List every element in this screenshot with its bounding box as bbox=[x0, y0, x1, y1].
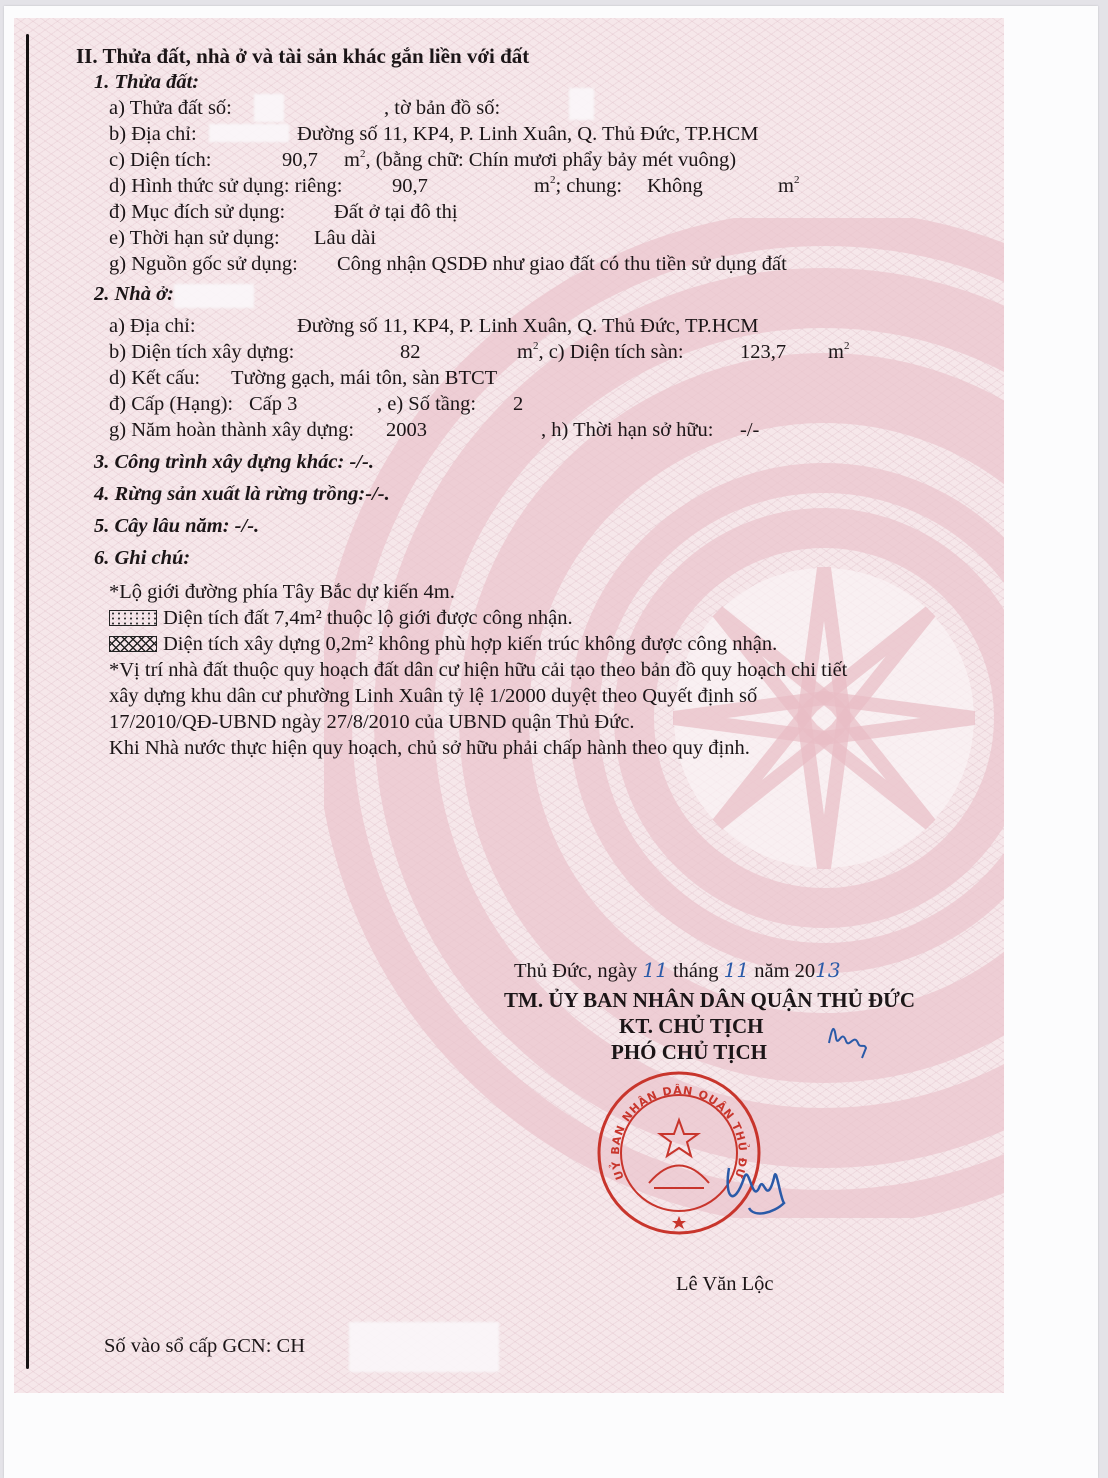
redacted-parcel-number bbox=[254, 94, 284, 122]
handwritten-day: 11 bbox=[642, 958, 667, 982]
planted-forest: 4. Rừng sản xuất là rừng trồng:-/-. bbox=[94, 482, 390, 508]
note-dotted-area: Diện tích đất 7,4m² thuộc lộ giới được c… bbox=[109, 606, 573, 632]
note-planning-2: xây dựng khu dân cư phường Linh Xuân tỷ … bbox=[109, 684, 757, 710]
origin-label: g) Nguồn gốc sử dụng: bbox=[109, 252, 298, 278]
land-heading: 1. Thửa đất: bbox=[94, 70, 199, 96]
perennial-trees: 5. Cây lâu năm: -/-. bbox=[94, 514, 259, 540]
other-construction: 3. Công trình xây dựng khác: -/-. bbox=[94, 450, 374, 476]
usage-shared-unit: m2 bbox=[778, 174, 799, 200]
redacted-registry-number bbox=[349, 1322, 499, 1372]
usage-private-value: 90,7 bbox=[392, 174, 428, 200]
handwritten-year: 13 bbox=[815, 958, 840, 982]
house-address-value: Đường số 11, KP4, P. Linh Xuân, Q. Thủ Đ… bbox=[297, 314, 759, 340]
signer-position-1: KT. CHỦ TỊCH bbox=[619, 1014, 764, 1040]
land-area-words: , (bằng chữ: Chín mươi phẩy bảy mét vuôn… bbox=[365, 149, 736, 171]
term-label: e) Thời hạn sử dụng: bbox=[109, 226, 280, 252]
grade-value: Cấp 3 bbox=[249, 392, 297, 418]
notes-heading: 6. Ghi chú: bbox=[94, 546, 190, 572]
built-area-label: b) Diện tích xây dựng: bbox=[109, 340, 294, 366]
ownership-term-value: -/- bbox=[740, 418, 759, 444]
built-area-unit: m2, c) Diện tích sàn: bbox=[517, 340, 684, 366]
note-planning-4: Khi Nhà nước thực hiện quy hoạch, chủ sở… bbox=[109, 736, 750, 762]
dotted-pattern-legend-icon bbox=[109, 610, 157, 626]
land-area-value: 90,7 bbox=[282, 148, 318, 174]
signature-scribble bbox=[714, 1148, 804, 1238]
initials-mark bbox=[824, 1013, 874, 1063]
structure-value: Tường gạch, mái tôn, sàn BTCT bbox=[231, 366, 497, 392]
parcel-number-label: a) Thửa đất số: bbox=[109, 96, 232, 122]
certificate-page: II. Thửa đất, nhà ở và tài sản khác gắn … bbox=[14, 18, 1004, 1393]
year-label: g) Năm hoàn thành xây dựng: bbox=[109, 418, 354, 444]
purpose-value: Đất ở tại đô thị bbox=[334, 200, 458, 226]
note-road-boundary: *Lộ giới đường phía Tây Bắc dự kiến 4m. bbox=[109, 580, 455, 606]
house-heading: 2. Nhà ở: bbox=[94, 282, 174, 308]
note-planning-3: 17/2010/QĐ-UBND ngày 27/8/2010 của UBND … bbox=[109, 710, 634, 736]
house-address-label: a) Địa chỉ: bbox=[109, 314, 196, 340]
usage-shared-value: Không bbox=[647, 174, 703, 200]
floors-label: , e) Số tầng: bbox=[377, 392, 476, 418]
structure-label: d) Kết cấu: bbox=[109, 366, 200, 392]
scanned-sheet: II. Thửa đất, nhà ở và tài sản khác gắn … bbox=[4, 6, 1098, 1478]
land-address-value: Đường số 11, KP4, P. Linh Xuân, Q. Thủ Đ… bbox=[297, 122, 759, 148]
redacted-house-number bbox=[209, 124, 289, 142]
usage-form-label: d) Hình thức sử dụng: riêng: bbox=[109, 174, 342, 200]
floors-value: 2 bbox=[513, 392, 523, 418]
year-value: 2003 bbox=[386, 418, 427, 444]
origin-value: Công nhận QSDĐ như giao đất có thu tiền … bbox=[337, 252, 787, 278]
purpose-label: đ) Mục đích sử dụng: bbox=[109, 200, 285, 226]
registry-number-label: Số vào sổ cấp GCN: CH bbox=[104, 1334, 305, 1360]
authority-title: TM. ỦY BAN NHÂN DÂN QUẬN THỦ ĐỨC bbox=[504, 988, 915, 1014]
land-area-label: c) Diện tích: bbox=[109, 148, 211, 174]
hatched-pattern-legend-icon bbox=[109, 636, 157, 652]
floor-area-unit: m2 bbox=[828, 340, 849, 366]
signer-name: Lê Văn Lộc bbox=[676, 1272, 774, 1298]
handwritten-month: 11 bbox=[724, 958, 749, 982]
note-hatched-area: Diện tích xây dựng 0,2m² không phù hợp k… bbox=[109, 632, 777, 658]
floor-area-value: 123,7 bbox=[740, 340, 786, 366]
built-area-value: 82 bbox=[400, 340, 421, 366]
place-date: Thủ Đức, ngày 11 tháng 11 năm 2013 bbox=[514, 958, 841, 985]
redacted-house-field bbox=[174, 284, 254, 308]
redacted-map-sheet bbox=[569, 88, 594, 120]
signer-position-2: PHÓ CHỦ TỊCH bbox=[611, 1040, 767, 1066]
ownership-term-label: , h) Thời hạn sở hữu: bbox=[541, 418, 714, 444]
land-address-label: b) Địa chỉ: bbox=[109, 122, 197, 148]
usage-private-unit: m2; chung: bbox=[534, 174, 622, 200]
term-value: Lâu dài bbox=[314, 226, 376, 252]
section-title: II. Thửa đất, nhà ở và tài sản khác gắn … bbox=[76, 44, 529, 70]
land-area-unit: m2, (bằng chữ: Chín mươi phẩy bảy mét vu… bbox=[344, 148, 736, 174]
grade-label: đ) Cấp (Hạng): bbox=[109, 392, 233, 418]
note-planning-1: *Vị trí nhà đất thuộc quy hoạch đất dân … bbox=[109, 658, 847, 684]
usage-shared-label: ; chung: bbox=[555, 175, 622, 197]
floor-area-label: , c) Diện tích sàn: bbox=[538, 341, 683, 363]
map-sheet-label: , tờ bản đồ số: bbox=[384, 96, 500, 122]
